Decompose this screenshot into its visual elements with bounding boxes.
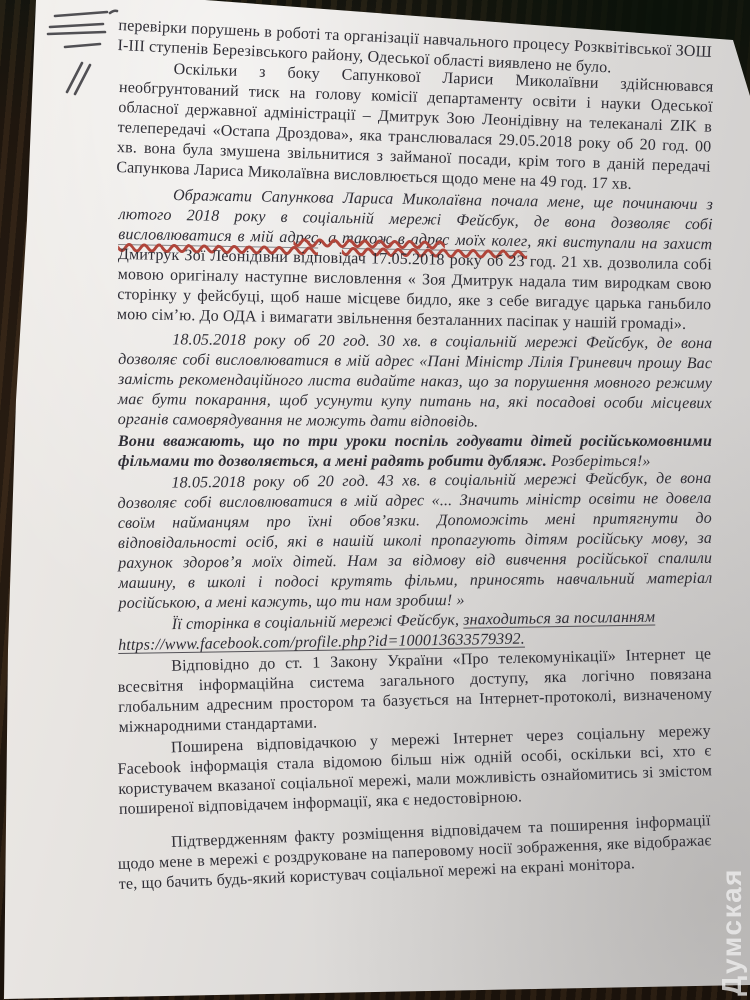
- text-segment: відповідач 17.05.2018: [293, 249, 445, 269]
- text-segment: Підтвердженням факту розміщення відповід…: [118, 812, 712, 893]
- paragraph-5: Вони вважають, що по три уроки поспіль г…: [118, 432, 712, 472]
- text-segment: висловлюватися в мій адрес: [118, 226, 318, 248]
- paper-sheet: перевірки порушень в роботі та організац…: [0, 0, 750, 1000]
- photo-of-document: { "watermark": { "text": "Думская" }, "c…: [0, 0, 750, 1000]
- text-segment: Відповідно до ст. 1 Закону України «Про …: [118, 646, 713, 736]
- paragraph-4: 18.05.2018 року об 20 год. 30 хв. в соці…: [118, 330, 713, 434]
- document-body: перевірки порушень в роботі та організац…: [118, 16, 712, 897]
- text-segment: Оскільки з боку Сапункової Лариси Микола…: [116, 61, 714, 193]
- text-segment: Розберіться!»: [551, 453, 650, 470]
- watermark-dumskaya: Думская: [716, 868, 748, 996]
- paragraph-9: Поширена відповідачкою у мережі Інтернет…: [117, 721, 713, 820]
- paragraph-10: Підтвердженням факту розміщення відповід…: [117, 811, 713, 895]
- text-segment: 18.05.2018 року об 20 год. 30 хв. в соці…: [118, 331, 713, 430]
- text-segment: знаходиться за посиланням: [463, 609, 655, 629]
- text-segment: Її сторінка в соціальній мережі Фейсбук,: [172, 612, 464, 634]
- paragraph-6: 18.05.2018 року об 20 год. 43 хв. в соці…: [117, 469, 712, 614]
- text-segment: Дмитрук Зої Леонідівни: [118, 246, 293, 266]
- text-segment: також в адрес моїх колег: [342, 230, 528, 252]
- text-segment: , а: [318, 229, 342, 246]
- text-segment: Поширена відповідачкою у мережі Інтернет…: [117, 722, 712, 818]
- paragraph-2: Оскільки з боку Сапункової Лариси Микола…: [116, 58, 714, 198]
- text-segment: Ображати Сапункова Лариса Миколаївна поч…: [119, 187, 714, 233]
- paragraph-3: Ображати Сапункова Лариса Миколаївна поч…: [117, 185, 713, 335]
- staple-pen-marks: [40, 4, 160, 104]
- text-segment: , які виступали на захист: [527, 233, 712, 253]
- text-segment: 18.05.2018 року об 20 год. 43 хв. в соці…: [118, 470, 713, 612]
